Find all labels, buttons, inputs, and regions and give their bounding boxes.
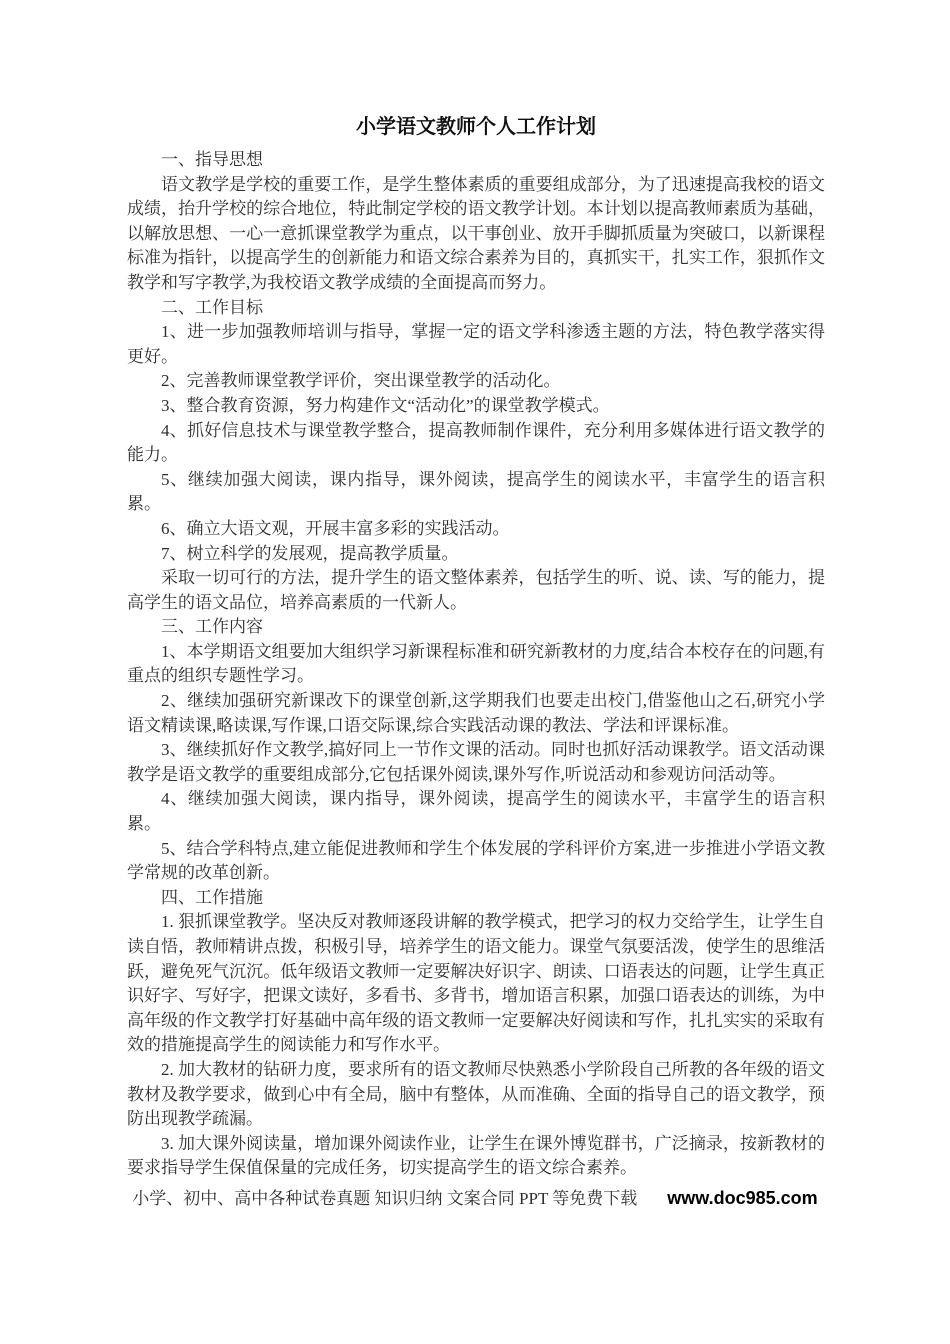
document-body: 小学语文教师个人工作计划 一、指导思想 语文教学是学校的重要工作，是学生整体素质… <box>127 112 825 1178</box>
paragraph: 1、本学期语文组要加大组织学习新课程标准和研究新教材的力度,结合本校存在的问题,… <box>127 640 825 689</box>
paragraph: 3、整合教育资源，努力构建作文“活动化”的课堂教学模式。 <box>127 394 825 419</box>
footer-site-url: www.doc985.com <box>667 1188 817 1208</box>
paragraph: 1. 狠抓课堂教学。坚决反对教师逐段讲解的教学模式，把学习的权力交给学生，让学生… <box>127 910 825 1058</box>
paragraph: 4、抓好信息技术与课堂教学整合，提高教师制作课件，充分利用多媒体进行语文教学的能… <box>127 419 825 468</box>
paragraph: 7、树立科学的发展观，提高教学质量。 <box>127 542 825 567</box>
paragraph: 6、确立大语文观，开展丰富多彩的实践活动。 <box>127 517 825 542</box>
section-heading: 四、工作措施 <box>127 886 825 911</box>
page-footer: 小学、初中、高中各种试卷真题 知识归纳 文案合同 PPT 等免费下载www.do… <box>0 1186 950 1211</box>
paragraph: 4、继续加强大阅读，课内指导，课外阅读，提高学生的阅读水平，丰富学生的语言积累。 <box>127 787 825 836</box>
paragraph: 3、继续抓好作文教学,搞好同上一节作文课的活动。同时也抓好活动课教学。语文活动课… <box>127 738 825 787</box>
paragraph: 5、继续加强大阅读，课内指导，课外阅读，提高学生的阅读水平，丰富学生的语言积累。 <box>127 468 825 517</box>
section-heading: 一、指导思想 <box>127 148 825 173</box>
paragraph: 5、结合学科特点,建立能促进教师和学生个体发展的学科评价方案,进一步推进小学语文… <box>127 837 825 886</box>
paragraph: 语文教学是学校的重要工作，是学生整体素质的重要组成部分，为了迅速提高我校的语文成… <box>127 173 825 296</box>
paragraph: 1、进一步加强教师培训与指导，掌握一定的语文学科渗透主题的方法，特色教学落实得更… <box>127 320 825 369</box>
footer-promo-text: 小学、初中、高中各种试卷真题 知识归纳 文案合同 PPT 等免费下载 <box>132 1189 637 1208</box>
paragraph: 2、继续加强研究新课改下的课堂创新,这学期我们也要走出校门,借鉴他山之石,研究小… <box>127 689 825 738</box>
section-heading: 二、工作目标 <box>127 296 825 321</box>
paragraph: 2. 加大教材的钻研力度，要求所有的语文教师尽快熟悉小学阶段自己所教的各年级的语… <box>127 1058 825 1132</box>
paragraph: 采取一切可行的方法，提升学生的语文整体素养，包括学生的听、说、读、写的能力，提高… <box>127 566 825 615</box>
paragraph: 3. 加大课外阅读量，增加课外阅读作业，让学生在课外博览群书，广泛摘录，按新教材… <box>127 1132 825 1178</box>
document-title: 小学语文教师个人工作计划 <box>127 112 825 142</box>
document-page: 小学语文教师个人工作计划 一、指导思想 语文教学是学校的重要工作，是学生整体素质… <box>0 0 950 1344</box>
paragraph: 2、完善教师课堂教学评价，突出课堂教学的活动化。 <box>127 369 825 394</box>
section-heading: 三、工作内容 <box>127 615 825 640</box>
